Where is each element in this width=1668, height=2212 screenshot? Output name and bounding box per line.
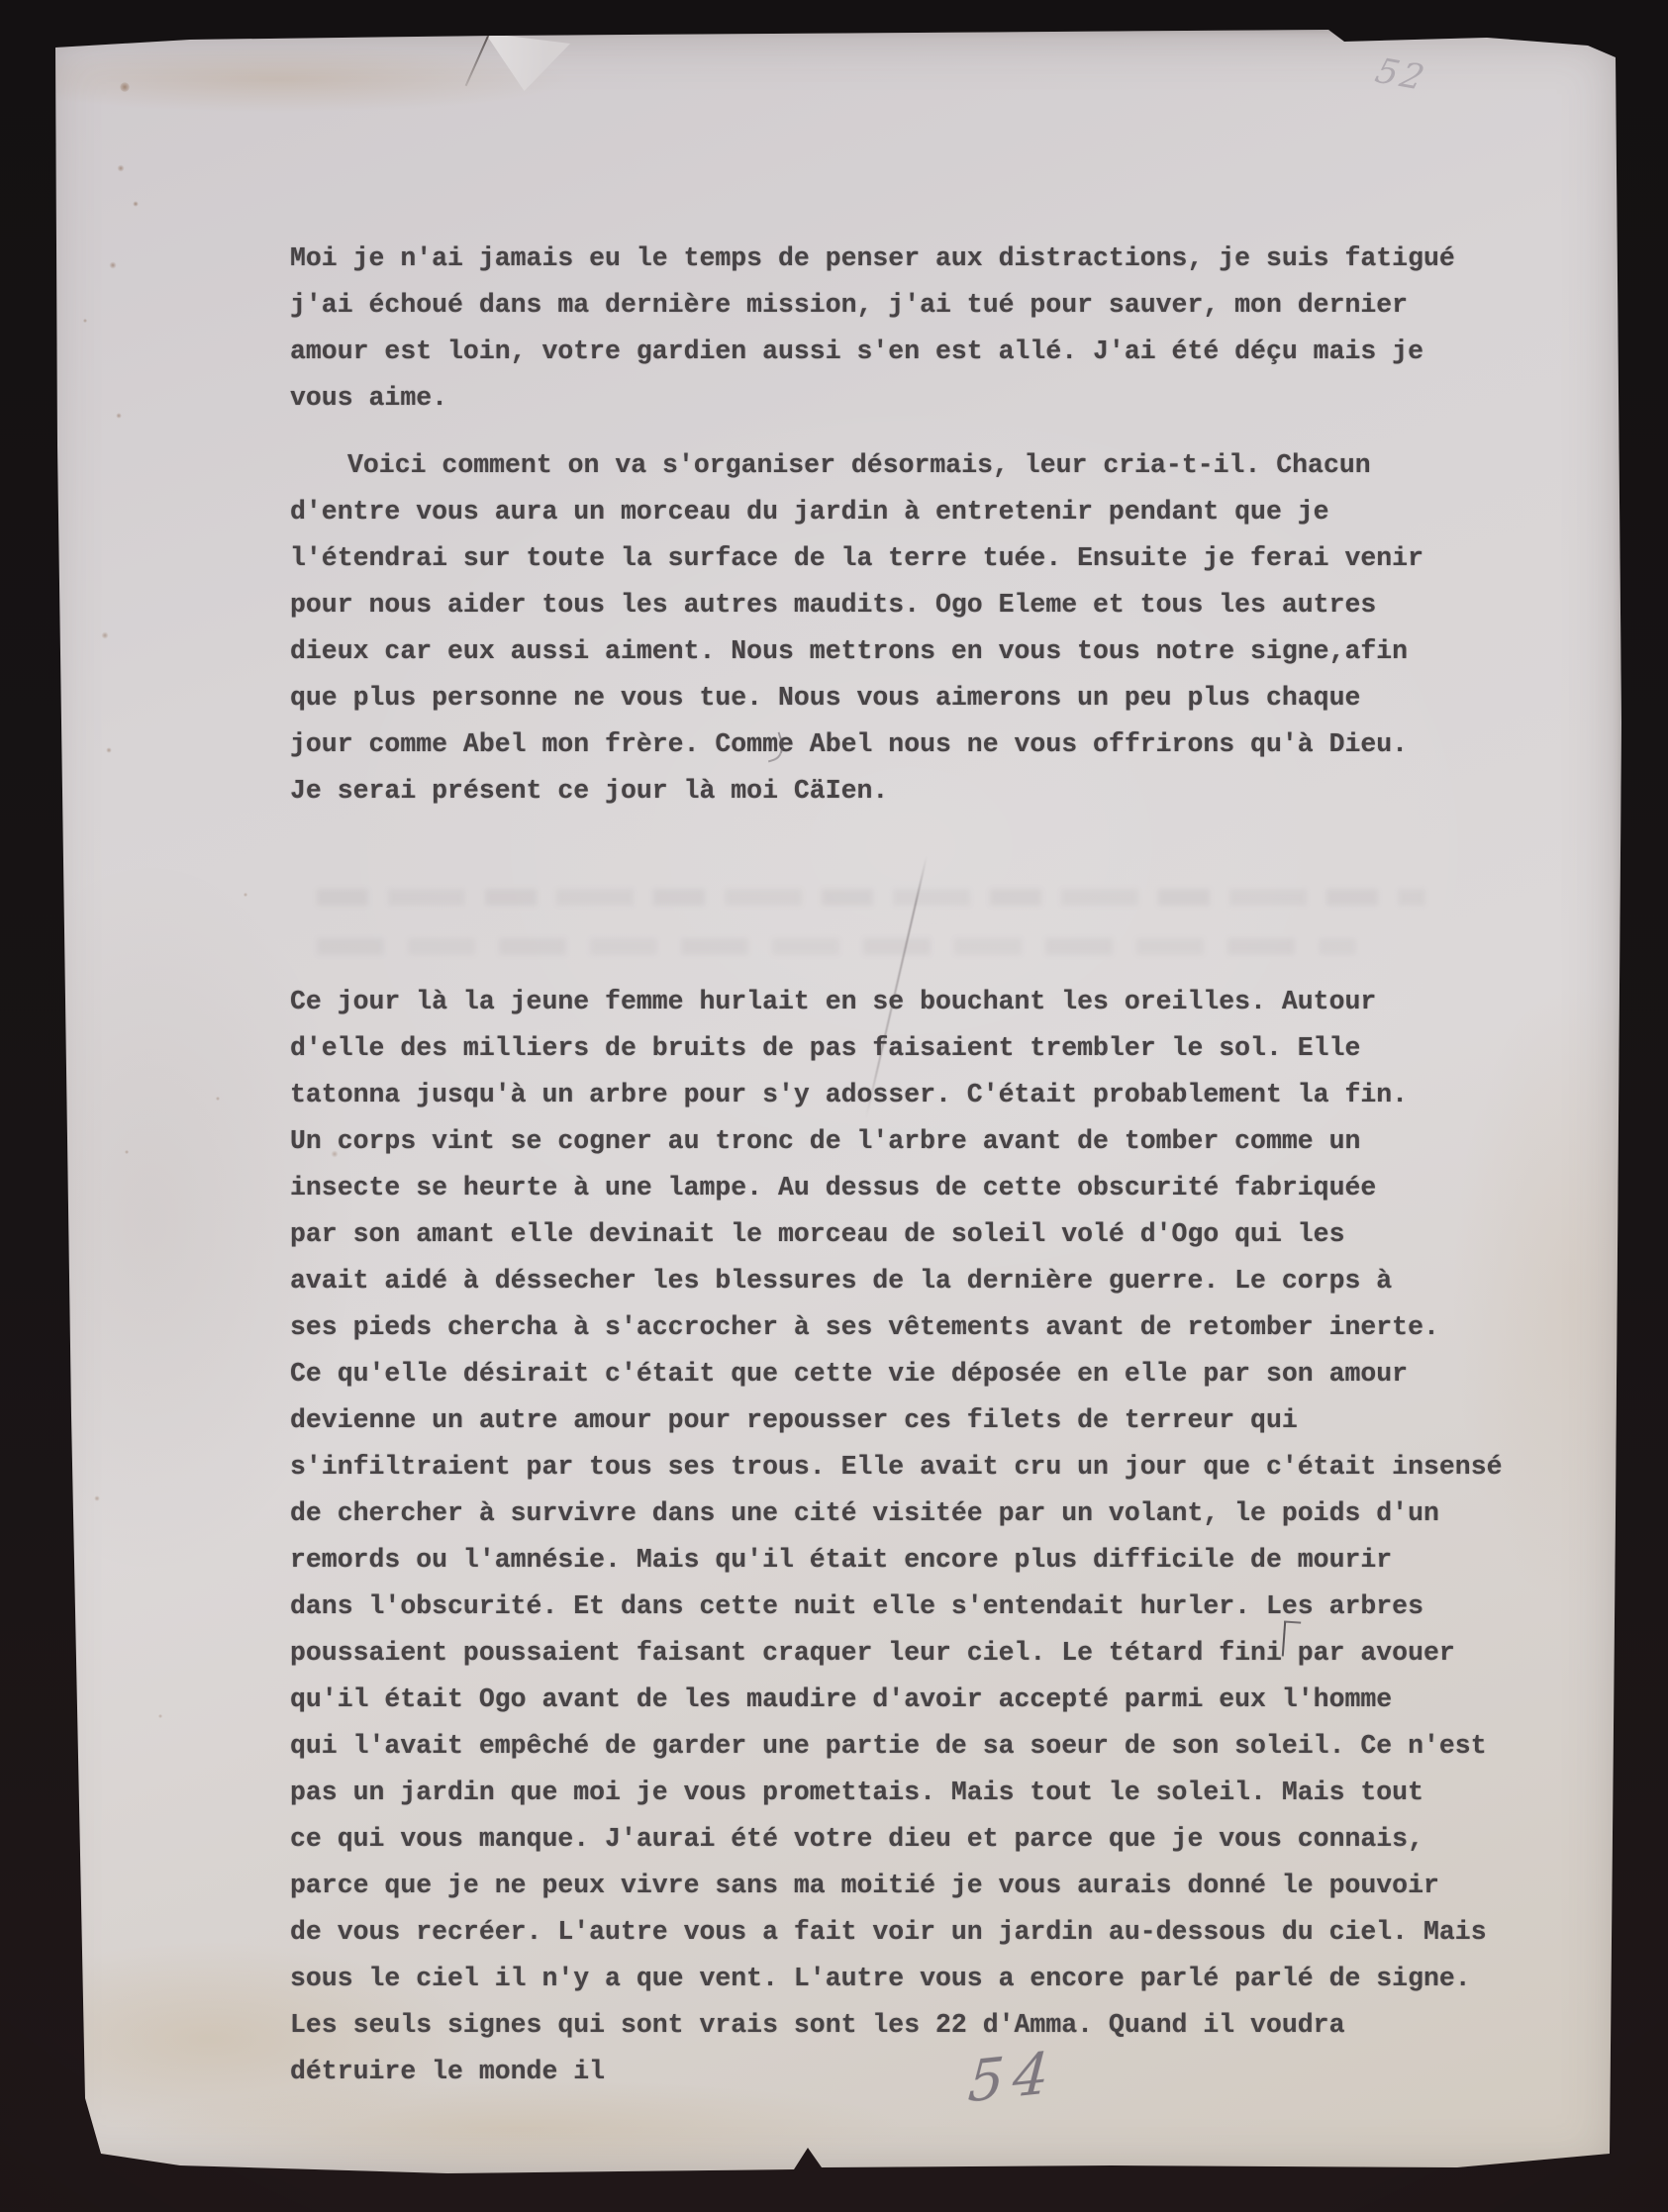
text-line: vous aime. xyxy=(290,375,1503,422)
text-line: avait aidé à déssecher les blessures de … xyxy=(290,1258,1503,1304)
text-line: Ce qu'elle désirait c'était que cette vi… xyxy=(290,1351,1503,1397)
paragraph: Voici comment on va s'organiser désormai… xyxy=(290,442,1503,815)
text-line: insecte se heurte à une lampe. Au dessus… xyxy=(290,1165,1503,1211)
text-line: Moi je n'ai jamais eu le temps de penser… xyxy=(290,236,1503,282)
text-line: dieux car eux aussi aiment. Nous mettron… xyxy=(290,628,1503,675)
typewritten-text: Moi je n'ai jamais eu le temps de penser… xyxy=(290,236,1503,2095)
scan-background: Moi je n'ai jamais eu le temps de penser… xyxy=(0,0,1668,2212)
text-line: Voici comment on va s'organiser désormai… xyxy=(290,442,1503,489)
text-line: jour comme Abel mon frère. Comme Abel no… xyxy=(290,721,1503,768)
text-line: que plus personne ne vous tue. Nous vous… xyxy=(290,675,1503,721)
text-line: de vous recréer. L'autre vous a fait voi… xyxy=(290,1909,1503,1956)
text-line: amour est loin, votre gardien aussi s'en… xyxy=(290,329,1503,375)
text-line: ses pieds chercha à s'accrocher à ses vê… xyxy=(290,1304,1503,1351)
text-line: l'étendrai sur toute la surface de la te… xyxy=(290,535,1503,582)
pencil-page-number-top: 52 xyxy=(1371,51,1431,98)
text-line: de chercher à survivre dans une cité vis… xyxy=(290,1491,1503,1537)
text-line: Un corps vint se cogner au tronc de l'ar… xyxy=(290,1118,1503,1165)
tear-flap xyxy=(485,32,570,91)
text-line: tatonna jusqu'à un arbre pour s'y adosse… xyxy=(290,1072,1503,1118)
paragraph: Moi je n'ai jamais eu le temps de penser… xyxy=(290,236,1503,422)
text-line: par son amant elle devinait le morceau d… xyxy=(290,1211,1503,1258)
text-line: qu'il était Ogo avant de les maudire d'a… xyxy=(290,1677,1503,1723)
paragraph: Ce jour là la jeune femme hurlait en se … xyxy=(290,979,1503,2095)
text-line: ce qui vous manque. J'aurai été votre di… xyxy=(290,1816,1503,1863)
text-line: j'ai échoué dans ma dernière mission, j'… xyxy=(290,282,1503,329)
text-line: pas un jardin que moi je vous promettais… xyxy=(290,1770,1503,1816)
text-line: sous le ciel il n'y a que vent. L'autre … xyxy=(290,1956,1503,2002)
text-line: devienne un autre amour pour repousser c… xyxy=(290,1397,1503,1444)
text-line: poussaient poussaient faisant craquer le… xyxy=(290,1630,1503,1677)
text-line: parce que je ne peux vivre sans ma moiti… xyxy=(290,1863,1503,1909)
text-line: d'entre vous aura un morceau du jardin à… xyxy=(290,489,1503,535)
text-line: pour nous aider tous les autres maudits.… xyxy=(290,582,1503,628)
text-line: détruire le monde il xyxy=(290,2049,1503,2095)
text-line: remords ou l'amnésie. Mais qu'il était e… xyxy=(290,1537,1503,1584)
text-line: qui l'avait empêché de garder une partie… xyxy=(290,1723,1503,1770)
text-line: Ce jour là la jeune femme hurlait en se … xyxy=(290,979,1503,1025)
text-line: s'infiltraient par tous ses trous. Elle … xyxy=(290,1444,1503,1491)
handwritten-correction-mark xyxy=(1282,1620,1301,1657)
text-line: dans l'obscurité. Et dans cette nuit ell… xyxy=(290,1584,1503,1630)
text-line: d'elle des milliers de bruits de pas fai… xyxy=(290,1025,1503,1072)
text-line: Je serai présent ce jour là moi CäIen. xyxy=(290,768,1503,815)
tear-crack xyxy=(465,32,491,87)
text-line: Les seuls signes qui sont vrais sont les… xyxy=(290,2002,1503,2049)
pencil-page-number-bottom: 54 xyxy=(966,2040,1060,2115)
